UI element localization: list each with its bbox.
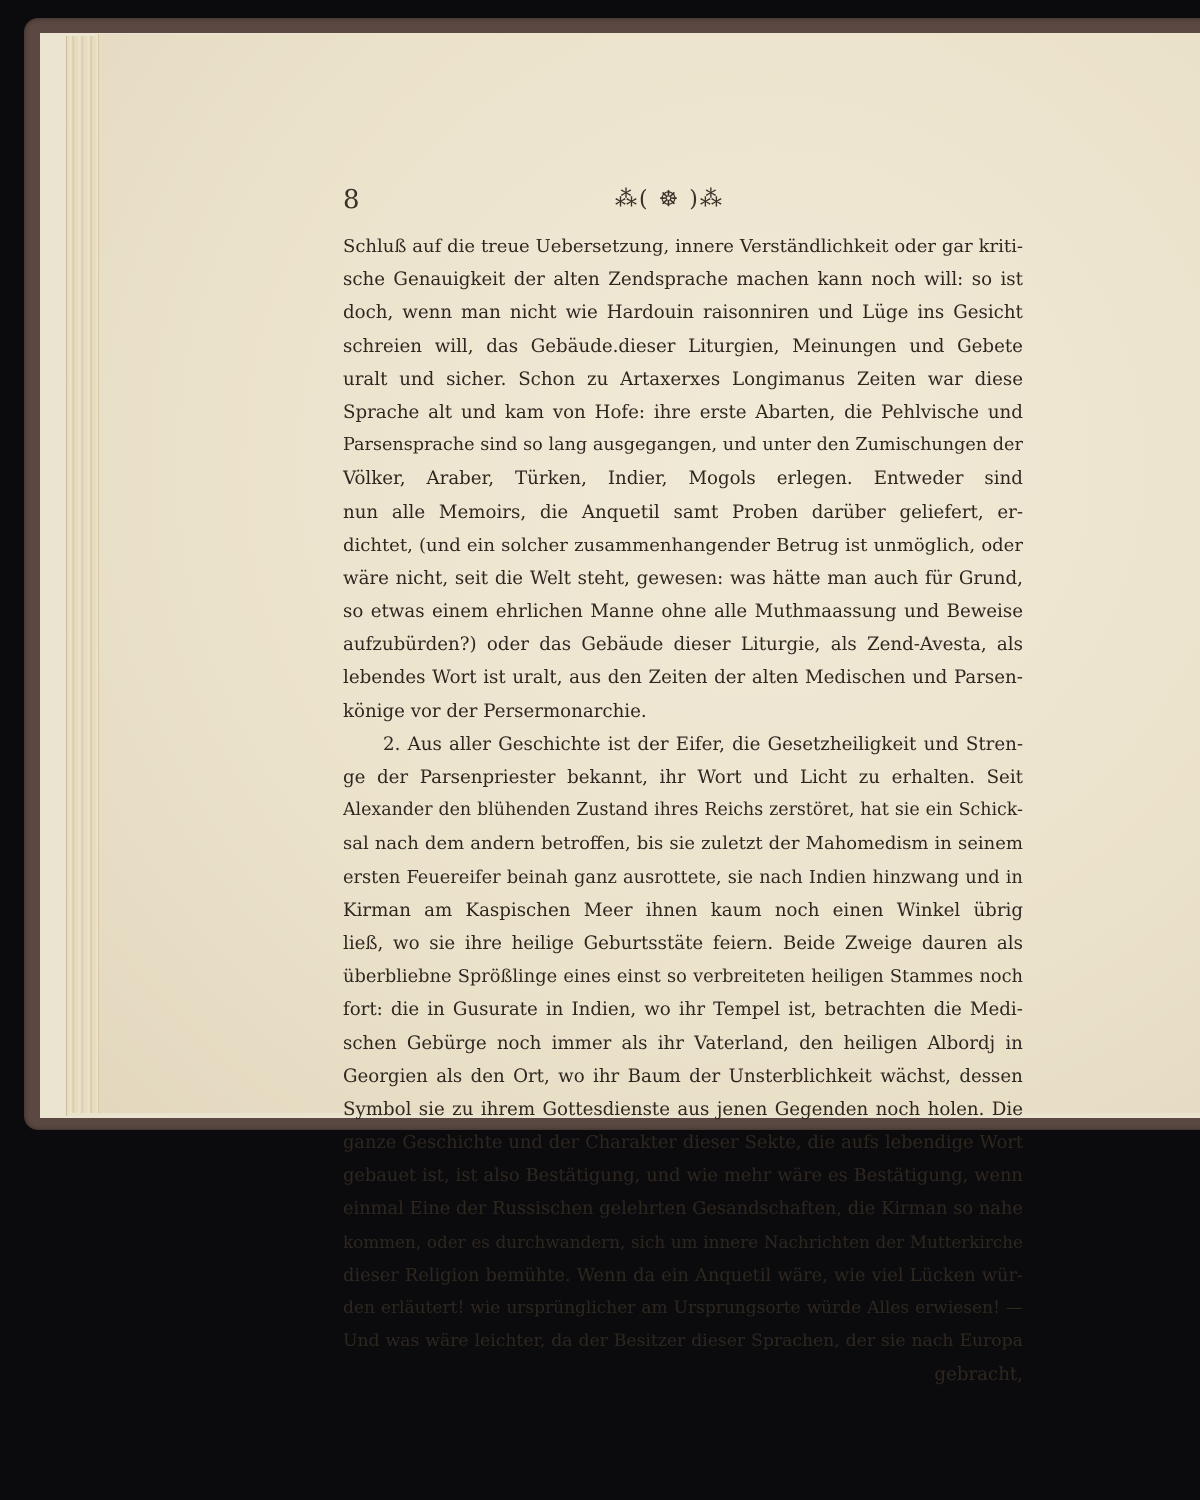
page-edges [66, 36, 102, 1116]
text-line: dieserReligionbemühte.WenndaeinAnquetilw… [343, 1259, 1023, 1292]
text-line: soetwaseinemehrlichenManneohnealleMuthma… [343, 595, 1023, 628]
text-line: erstenFeuereiferbeinahganzausrottete,sie… [343, 861, 1023, 894]
text-line: gebauetist,istalsoBestätigung,undwiemehr… [343, 1159, 1023, 1192]
text-line: SymbolsiezuihremGottesdiensteausjenenGeg… [343, 1093, 1023, 1126]
text-line: schenGebürgenochimmeralsihrVaterland,den… [343, 1027, 1023, 1060]
text-line: ganzeGeschichteundderCharakterdieserSekt… [343, 1126, 1023, 1159]
text-line: nunalleMemoirs,dieAnquetilsamtProbendarü… [343, 496, 1023, 529]
text-line: Undwaswäreleichter,daderBesitzerdieserSp… [343, 1325, 1023, 1358]
text-line: Völker,Araber,Türken,Indier,Mogolserlege… [343, 462, 1023, 495]
text-line: KirmanamKaspischenMeerihnenkaumnocheinen… [343, 894, 1023, 927]
text-line: aufzubürden?)oderdasGebäudedieserLiturgi… [343, 628, 1023, 661]
text-line: lebendesWortisturalt,ausdenZeitenderalte… [343, 661, 1023, 694]
text-line: ließ,wosieihreheiligeGeburtsstätefeiern.… [343, 927, 1023, 960]
text-line: dichtet,(undeinsolcherzusammenhangenderB… [343, 529, 1023, 562]
text-line: schreienwill,dasGebäude.dieserLiturgien,… [343, 330, 1023, 363]
text-line: SchlußaufdietreueUebersetzung,innereVers… [343, 230, 1023, 263]
text-line: Parsensprachesindsolangausgegangen,undun… [343, 429, 1023, 462]
catchword: gebracht, [343, 1358, 1023, 1391]
text-line: GeorgienalsdenOrt,woihrBaumderUnsterblic… [343, 1060, 1023, 1093]
text-line: doch,wennmannichtwieHardouinraisonnirenu… [343, 296, 1023, 329]
text-line: AlexanderdenblühendenZustandihresReichsz… [343, 794, 1023, 827]
text-line: denerläutert!wieursprünglicheramUrsprung… [343, 1292, 1023, 1325]
text-line: uraltundsicher.SchonzuArtaxerxesLongiman… [343, 363, 1023, 396]
page-header: 8 ⁂( ☸ )⁂ [343, 185, 1023, 221]
text-line: SprachealtundkamvonHofe:ihreersteAbarten… [343, 396, 1023, 429]
text-line: kommen,oderesdurchwandern,sichuminnereNa… [343, 1226, 1023, 1259]
text-line: 2.AusallerGeschichteistderEifer,dieGeset… [343, 728, 1023, 761]
text-line: fort:dieinGusurateinIndien,woihrTempelis… [343, 993, 1023, 1026]
text-line: könige vor der Persermonarchie. [343, 695, 1023, 728]
header-ornament-icon: ⁂( ☸ )⁂ [615, 187, 724, 212]
page-number: 8 [343, 185, 360, 215]
text-line: gederParsenpriesterbekannt,ihrWortundLic… [343, 761, 1023, 794]
text-line: scheGenauigkeitderaltenZendsprachemachen… [343, 263, 1023, 296]
text-line: wärenicht,seitdieWeltsteht,gewesen:washä… [343, 562, 1023, 595]
text-line: einmalEinederRussischengelehrtenGesandsc… [343, 1192, 1023, 1225]
paragraph-1: SchlußaufdietreueUebersetzung,innereVers… [343, 230, 1023, 728]
paragraph-2: 2.AusallerGeschichteistderEifer,dieGeset… [343, 728, 1023, 1359]
body-text: SchlußaufdietreueUebersetzung,innereVers… [343, 230, 1023, 1392]
text-line: überbliebneSprößlingeeineseinstsoverbrei… [343, 960, 1023, 993]
text-line: salnachdemandernbetroffen,bissiezuletztd… [343, 827, 1023, 860]
